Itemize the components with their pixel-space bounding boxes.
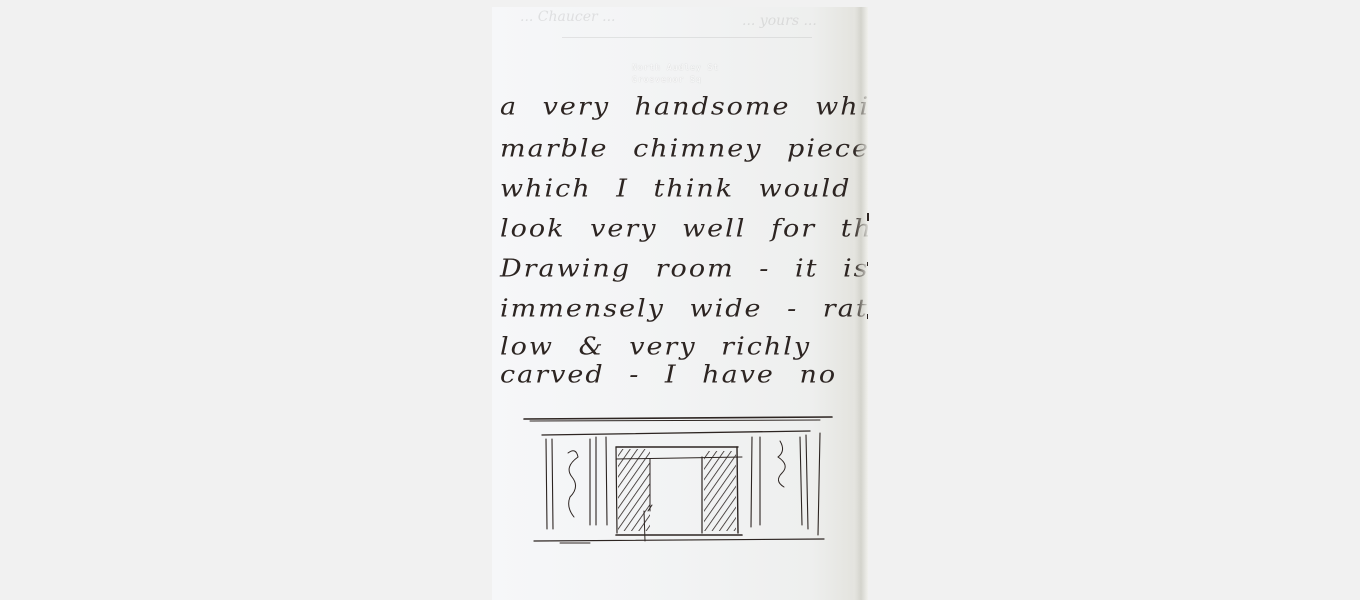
ink-mark [867, 314, 868, 319]
handwritten-line: immensely wide - rather [500, 295, 868, 323]
chimney-piece-sketch [520, 407, 840, 557]
handwritten-line: low & very richly [500, 333, 811, 361]
ink-mark [867, 262, 868, 266]
carved-scroll-left [568, 451, 578, 517]
faint-rule [562, 37, 812, 38]
letterhead-line: Grosvenor Sq [632, 74, 742, 86]
handwritten-line: Drawing room - it is [500, 255, 868, 283]
handwritten-line: which I think would [500, 175, 851, 203]
page-edge [854, 7, 868, 600]
mantel-shelf [524, 417, 832, 419]
hatched-jamb-left [618, 449, 650, 531]
bleed-through-text: ... yours ... [742, 13, 817, 29]
handwritten-line: look very well for the [500, 215, 868, 243]
handwritten-line: a very handsome white [500, 93, 868, 121]
handwritten-line: marble chimney piece [500, 135, 868, 163]
embossed-letterhead: North Audley St Grosvenor Sq [632, 62, 742, 86]
letterhead-line: North Audley St [632, 62, 742, 74]
letter-page: ... Chaucer ... ... yours ... North Audl… [492, 7, 868, 600]
handwritten-line: carved - I have no [500, 361, 837, 389]
bleed-through-text: ... Chaucer ... [520, 9, 616, 25]
hatched-jamb-right [704, 451, 736, 531]
image-viewer: ... Chaucer ... ... yours ... North Audl… [0, 0, 1360, 600]
ink-mark [867, 213, 869, 221]
carved-scroll-right [778, 441, 785, 487]
